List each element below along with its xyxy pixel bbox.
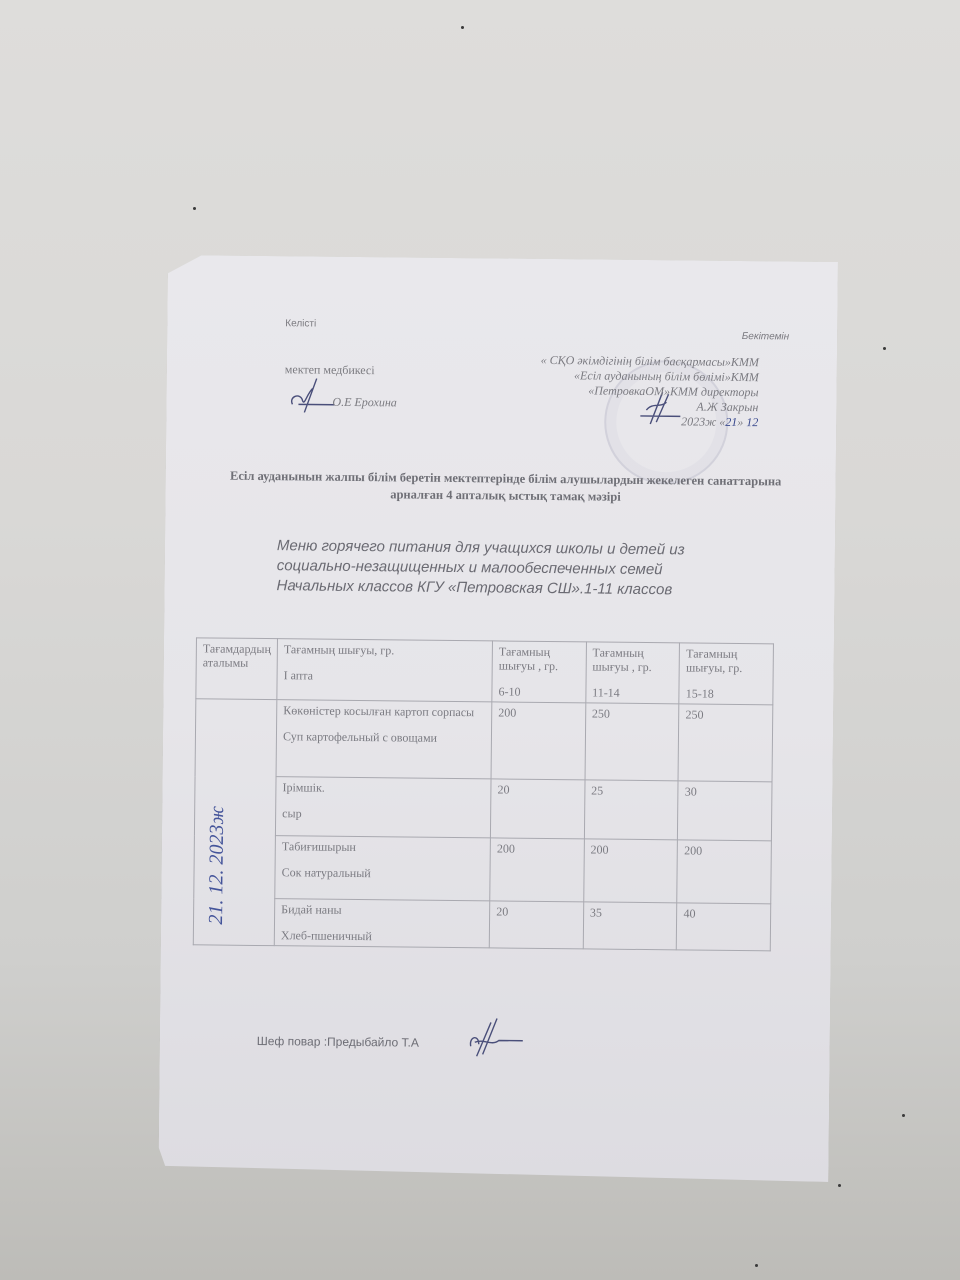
- approval-date-prefix: 2023ж «: [681, 414, 725, 428]
- approval-line: «Есіл ауданының білім бөлімі»КММ: [540, 368, 758, 385]
- value-11-14: 200: [583, 839, 677, 903]
- signature-icon: [465, 1016, 525, 1059]
- document-sheet: Келісті мектеп медбикесі О.Е Ерохина Бек…: [158, 255, 838, 1182]
- approval-date-sep: »: [737, 415, 746, 429]
- background-speck: [838, 1184, 841, 1187]
- dish-name-kz: Табиғишырын: [282, 839, 484, 855]
- approval-date-month: 12: [746, 415, 758, 429]
- header-col-line2: 11-14: [592, 685, 673, 700]
- background-speck: [755, 1264, 758, 1267]
- table-header-row: Тағамдардың аталымы Тағамның шығуы, гр. …: [196, 638, 774, 705]
- dish-name-cell: Көкөністер косылған картоп сорпасы Суп к…: [276, 700, 492, 779]
- dish-name-kz: Ірімшік.: [282, 780, 484, 796]
- header-main-line2: I апта: [284, 668, 486, 684]
- approval-date-day: 21: [725, 415, 737, 429]
- header-col-line2: 15-18: [686, 686, 767, 701]
- table-row: Бидай наны Хлеб-пшеничный 20 35 40: [193, 898, 770, 951]
- background-speck: [193, 207, 196, 210]
- date-cell: 21. 12. 2023ж: [193, 699, 277, 946]
- header-col-line1: Тағамның шығуы, гр.: [686, 646, 767, 675]
- approval-right-lines: « СҚО әкімдігінің білім басқармасы»КММ «…: [540, 353, 759, 430]
- table-row: 21. 12. 2023ж Көкөністер косылған картоп…: [195, 699, 773, 782]
- approval-right: Бекітемін « СҚО әкімдігінің білім басқар…: [497, 328, 759, 331]
- header-col-15-18: Тағамның шығуы, гр. 15-18: [679, 643, 773, 705]
- title-ru-line: Начальных классов КГУ «Петровская СШ».1-…: [276, 576, 756, 601]
- value-6-10: 200: [490, 838, 584, 902]
- dish-name-kz: Көкөністер косылған картоп сорпасы: [283, 703, 485, 719]
- header-col-line1: Тағамның шығуы , гр.: [592, 645, 673, 674]
- dish-name-cell: Бидай наны Хлеб-пшеничный: [274, 899, 490, 948]
- approval-left-label: Келісті: [285, 318, 316, 329]
- value-15-18: 30: [678, 781, 772, 841]
- background-speck: [883, 347, 886, 350]
- table-row: Табиғишырын Сок натуральный 200 200 200: [194, 835, 772, 904]
- value-6-10: 20: [491, 779, 585, 839]
- table-row: Ірімшік. сыр 20 25 30: [194, 776, 772, 841]
- header-main: Тағамның шығуы, гр. I апта: [277, 639, 493, 702]
- value-6-10: 20: [489, 901, 583, 949]
- value-11-14: 35: [583, 902, 677, 950]
- chef-signature-line: Шеф повар :Предыбайло Т.А: [257, 1034, 419, 1050]
- title-ru: Меню горячего питания для учащихся школы…: [276, 536, 757, 601]
- value-15-18: 200: [677, 840, 771, 904]
- value-11-14: 250: [585, 703, 679, 781]
- value-6-10: 200: [491, 702, 585, 780]
- header-col-line2: 6-10: [498, 684, 579, 699]
- title-kz: Есіл ауданынын жалпы білім беретін мекте…: [225, 468, 785, 508]
- background-speck: [461, 26, 464, 29]
- dish-name-cell: Табиғишырын Сок натуральный: [275, 836, 491, 901]
- dish-name-cell: Ірімшік. сыр: [275, 777, 491, 838]
- header-main-line1: Тағамның шығуы, гр.: [284, 642, 486, 658]
- dish-name-ru: Хлеб-пшеничный: [281, 928, 483, 944]
- header-dish-name: Тағамдардың аталымы: [196, 638, 278, 700]
- approval-left-signatory: О.Е Ерохина: [332, 395, 397, 411]
- dish-name-ru: Сок натуральный: [282, 865, 484, 881]
- menu-table: Тағамдардың аталымы Тағамның шығуы, гр. …: [193, 637, 774, 951]
- dish-name-ru: сыр: [282, 806, 484, 822]
- header-col-line1: Тағамның шығуы , гр.: [499, 644, 580, 673]
- header-col-11-14: Тағамның шығуы , гр. 11-14: [586, 642, 680, 704]
- dish-name-kz: Бидай наны: [281, 902, 483, 918]
- background-speck: [902, 1114, 905, 1117]
- value-15-18: 40: [677, 903, 771, 951]
- value-11-14: 25: [584, 780, 678, 840]
- value-15-18: 250: [678, 704, 772, 782]
- approval-date: 2023ж «21» 12: [540, 413, 758, 430]
- handwritten-date: 21. 12. 2023ж: [205, 806, 229, 925]
- signature-icon: [286, 374, 336, 415]
- approval-right-label: Бекітемін: [742, 329, 790, 344]
- header-col-6-10: Тағамның шығуы , гр. 6-10: [492, 641, 586, 703]
- dish-name-ru: Суп картофельный с овощами: [283, 729, 485, 745]
